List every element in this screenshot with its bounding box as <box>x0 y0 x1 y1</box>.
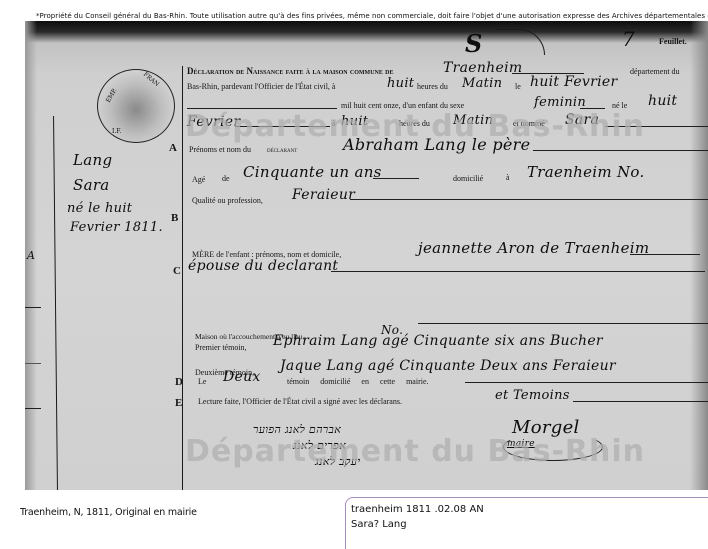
form-departement-label: département du <box>630 67 680 76</box>
form-child-name-value: Sara <box>565 112 599 128</box>
form-domicile-label: domicilié <box>453 174 483 183</box>
form-e-label: Lecture faite, l'Officier de l'État civi… <box>198 397 402 406</box>
form-d-value: Deux <box>223 369 261 385</box>
form-heures-du-label: heures du <box>399 119 430 128</box>
form-le-label: le <box>515 82 521 91</box>
form-age-de: de <box>222 174 230 183</box>
form-witness1-label: Premier témoin, <box>195 343 247 352</box>
form-line3-label: mil huit cent onze, d'un enfant du sexe <box>341 101 464 110</box>
form-declaration-title: Déclaration de Naissance faite à la mais… <box>187 66 393 76</box>
section-letter-a: A <box>169 142 177 154</box>
form-time-value: Matin <box>462 76 502 91</box>
form-age-value: Cinquante un ans <box>243 163 382 181</box>
scan-top-shadow <box>25 21 708 43</box>
form-witness2-value: Jaque Lang agé Cinquante Deux ans Feraie… <box>280 358 616 374</box>
form-domicile-value: Traenheim No. <box>527 163 645 181</box>
form-column-rule <box>182 66 183 490</box>
fill-line <box>465 382 708 383</box>
left-tick <box>25 363 41 364</box>
margin-note-date: né le huit <box>67 201 132 216</box>
hebrew-signature-1: אברהם לאנג הפוער <box>253 423 341 436</box>
form-profession-value: Feraieur <box>292 187 355 203</box>
seal-text: EMP. <box>105 87 119 104</box>
form-declarant-value: Abraham Lang le père <box>343 135 530 154</box>
note-line-1: traenheim 1811 .02.08 AN <box>351 502 708 517</box>
form-d-label2: témoin domicilié en cette mairie. <box>287 377 429 386</box>
margin-note-name: Sara <box>73 176 110 194</box>
margin-note-surname: Lang <box>73 151 112 169</box>
seal-text: I.F. <box>112 128 121 135</box>
form-line2-label: Bas-Rhin, pardevant l'Officier de l'État… <box>187 82 335 91</box>
form-declarant-label: Prénoms et nom du déclarant <box>189 145 297 154</box>
form-mother-value2: épouse du declarant <box>188 258 338 274</box>
left-edge-mark: A <box>27 249 35 262</box>
paraph-flourish: S <box>465 29 483 58</box>
birth-record-scan: A EMP. FRAN I.F. S 7 Feuillet. Lang Sara… <box>25 21 708 490</box>
fill-line <box>533 150 708 151</box>
fill-line <box>580 108 605 109</box>
fill-line <box>373 178 419 179</box>
declarant-label-sc: déclarant <box>267 146 297 154</box>
form-witness1-value: Ephraim Lang agé Cinquante six ans Buche… <box>273 333 603 349</box>
fill-line <box>350 199 708 200</box>
form-ne-label: né le <box>612 101 627 110</box>
fill-line <box>605 126 708 127</box>
form-age-label: Agé <box>192 175 205 184</box>
mayor-paraph <box>503 433 603 461</box>
hebrew-signature-2: אפרים לאנג <box>293 439 346 452</box>
form-date-value: huit Fevrier <box>530 74 617 90</box>
fill-line <box>630 254 700 255</box>
form-sex-value: feminin <box>534 95 586 110</box>
form-d-label: Le <box>198 377 206 386</box>
form-birth-month-value: Fevrier <box>187 114 240 130</box>
folio-label: Feuillet. <box>659 37 687 46</box>
section-letter-e: E <box>175 397 182 409</box>
form-mother-value: jeannette Aron de Traenheim <box>418 239 649 257</box>
form-e-value: et Temoins <box>495 388 570 403</box>
fill-line <box>187 108 337 109</box>
section-letter-c: C <box>173 265 181 277</box>
form-commune-value: Traenheim <box>443 60 522 76</box>
fill-line <box>235 126 330 127</box>
scan-right-edge <box>690 21 708 490</box>
left-tick <box>25 408 41 409</box>
form-a-label: à <box>332 119 336 128</box>
form-nomme-label: et nommé <box>513 119 545 128</box>
form-heures-label: heures du <box>417 82 448 91</box>
copyright-notice: *Propriété du Conseil général du Bas-Rhi… <box>36 12 708 20</box>
form-birth-time-value: Matin <box>453 113 493 128</box>
folio-number: 7 <box>622 27 635 51</box>
form-birth-hour-value: huit <box>341 114 368 129</box>
imperial-seal: EMP. FRAN I.F. <box>97 69 175 143</box>
form-hour-value: huit <box>387 76 414 91</box>
form-domicile-a: à <box>506 173 510 182</box>
declarant-label-text: Prénoms et nom du <box>189 145 251 154</box>
fill-line <box>573 401 708 402</box>
section-letter-d: D <box>175 376 183 388</box>
transcription-note-textarea[interactable]: traenheim 1811 .02.08 AN Sara? Lang <box>345 497 708 549</box>
margin-note-date2: Fevrier 1811. <box>70 220 163 235</box>
left-tick <box>25 307 41 308</box>
fill-line <box>331 271 705 272</box>
fill-line <box>418 323 708 324</box>
hebrew-signature-3: יעקב לאנג <box>315 455 360 468</box>
image-caption: Traenheim, N, 1811, Original en mairie <box>20 507 197 518</box>
note-line-2: Sara? Lang <box>351 517 708 532</box>
form-profession-label: Qualité ou profession, <box>192 196 263 205</box>
section-letter-b: B <box>171 212 178 224</box>
form-birth-day-value: huit <box>648 93 677 109</box>
